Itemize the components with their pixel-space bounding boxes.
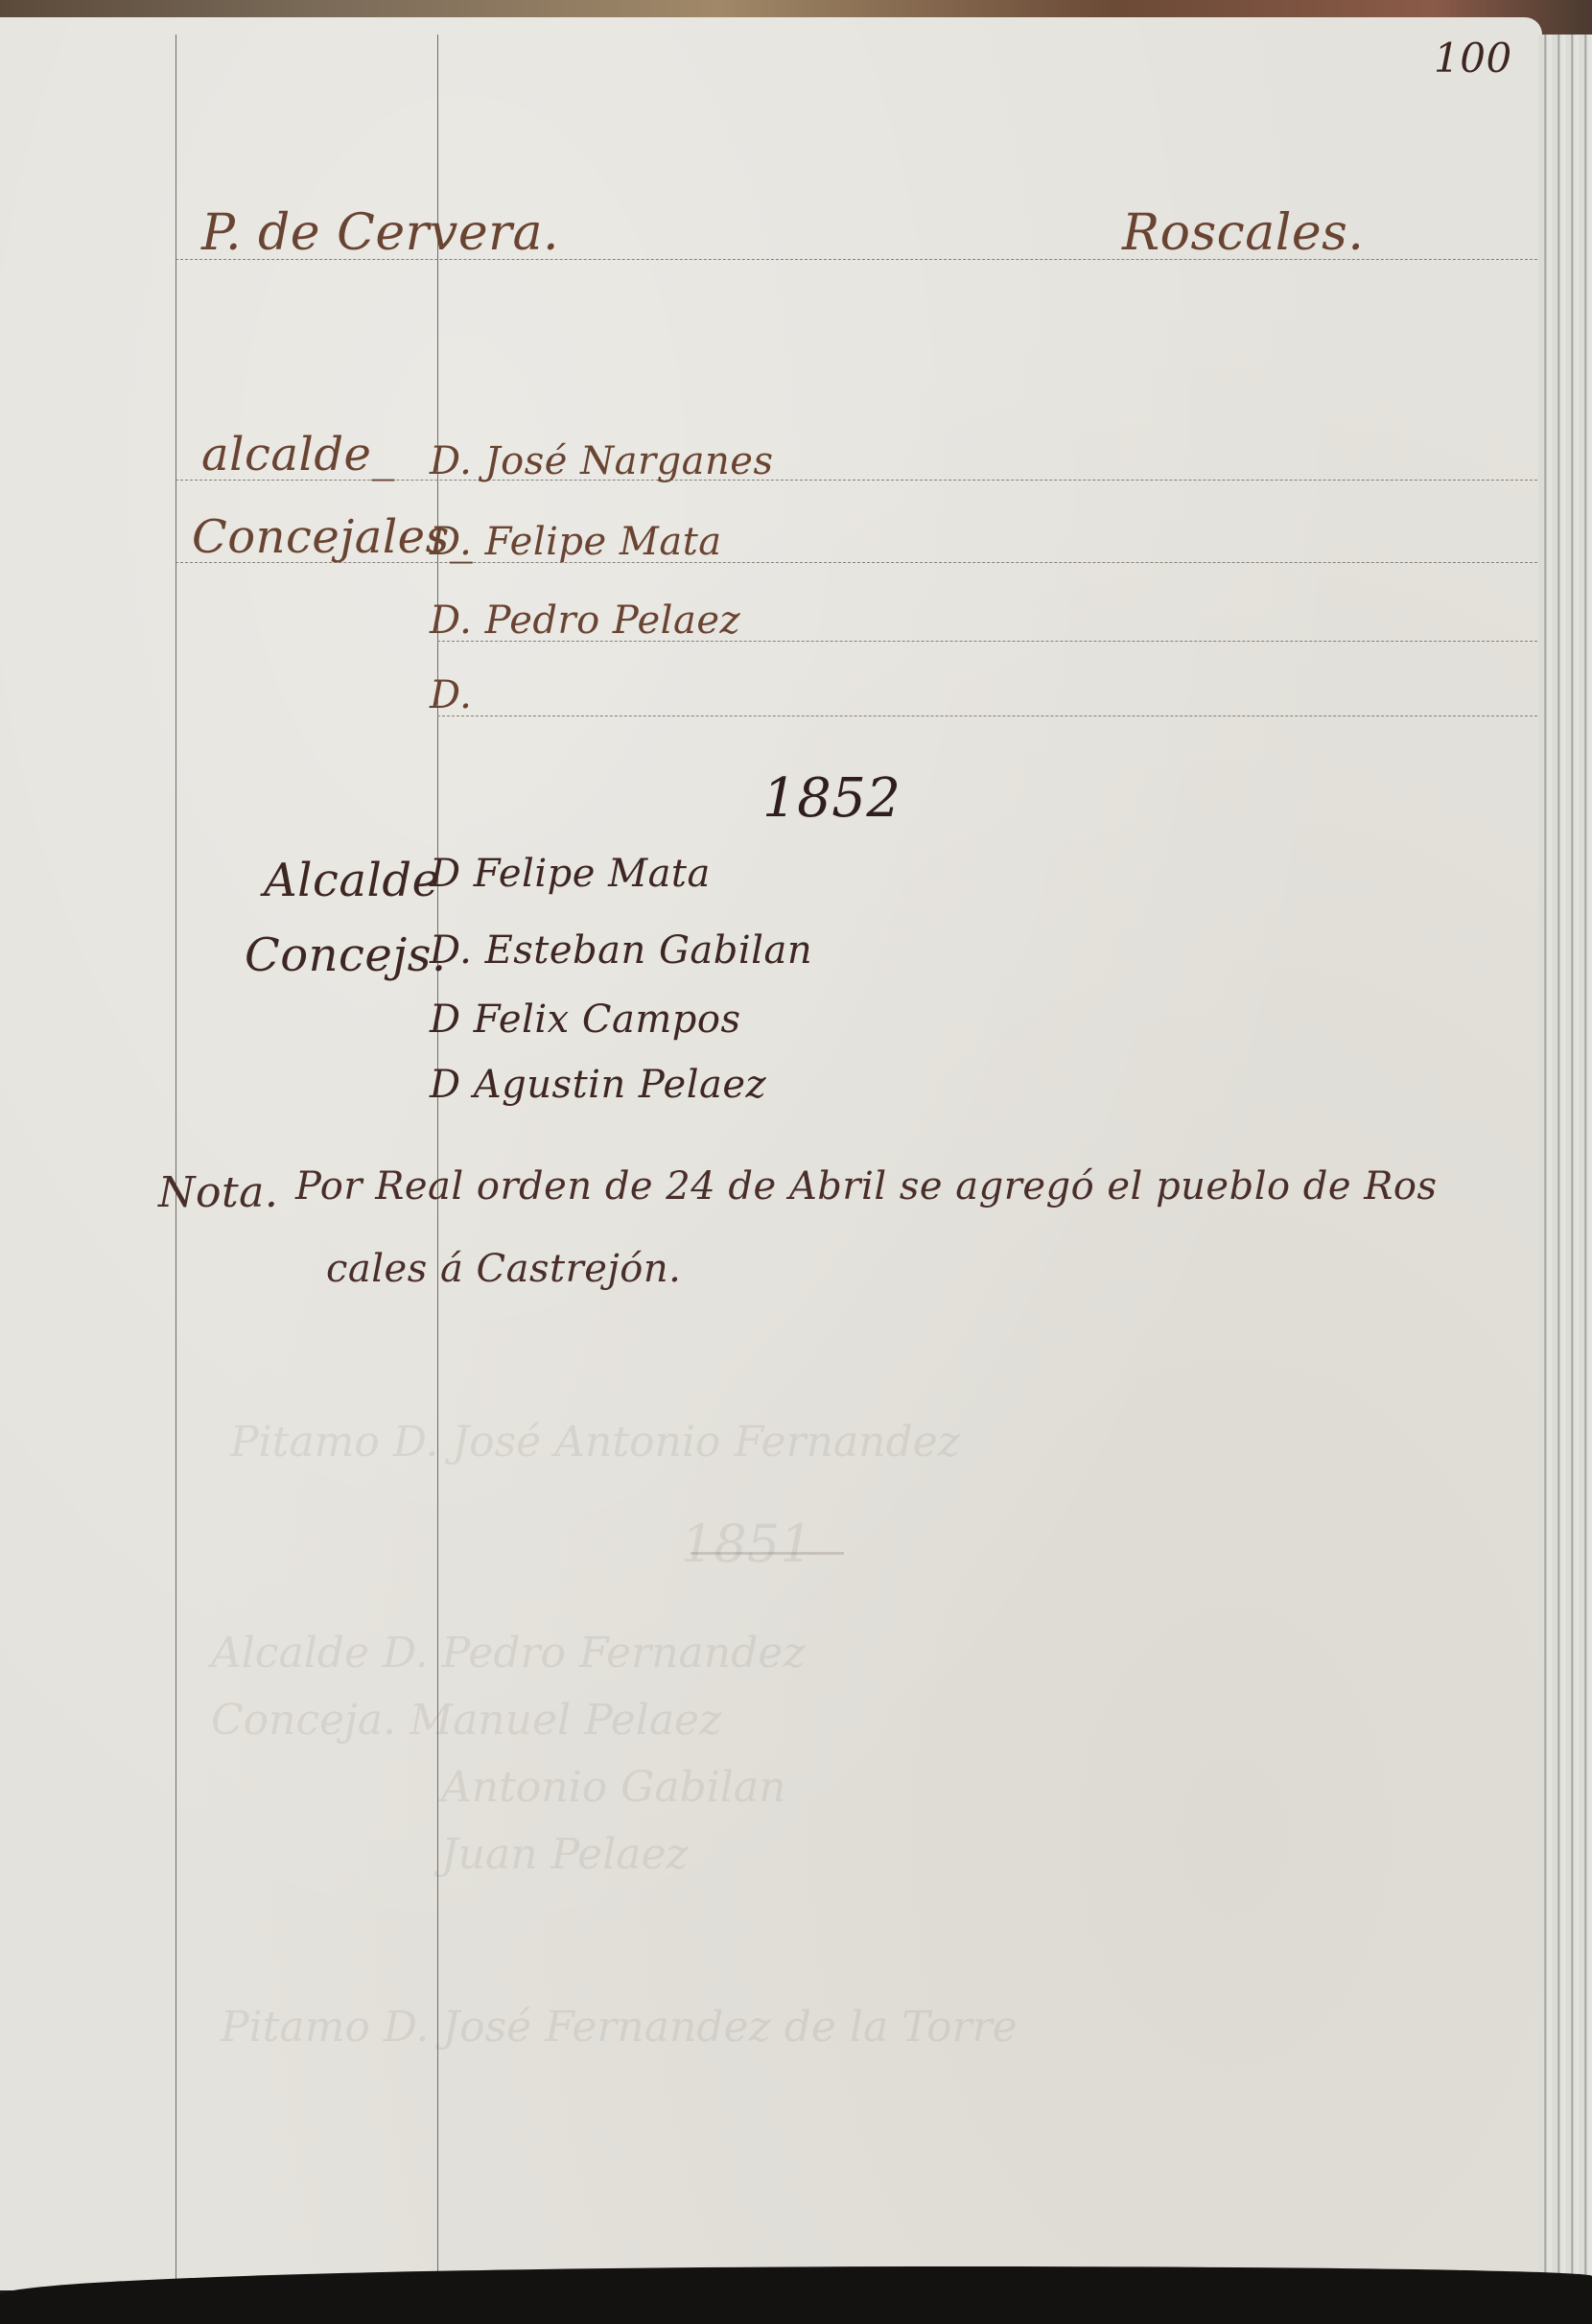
official-name: José Narganes <box>485 439 774 483</box>
header-town: Roscales. <box>1122 204 1364 262</box>
official-prefix: D. <box>430 673 472 717</box>
header-partido: P. de Cervera. <box>201 204 559 262</box>
year-heading: 1852 <box>762 767 901 830</box>
margin-rule-left <box>176 35 176 2298</box>
official-row: D. José Narganes <box>430 439 774 483</box>
official-row: D Felipe Mata <box>430 852 711 896</box>
bleed-through-text: Juan Pelaez <box>441 1830 689 1879</box>
bleed-through-text: Pitamo D. José Antonio Fernandez <box>230 1418 960 1467</box>
official-row: D. <box>430 673 472 717</box>
note-label: Nota. <box>158 1168 278 1217</box>
official-name: Agustin Pelaez <box>474 1063 766 1107</box>
bleed-through-text: Pitamo D. José Fernandez de la Torre <box>221 2003 1018 2052</box>
official-prefix: D <box>430 852 461 896</box>
bleed-through-text: Antonio Gabilan <box>441 1763 785 1812</box>
page-edges-stack <box>1538 35 1592 2279</box>
alcalde-label: alcalde_ <box>201 428 395 481</box>
official-prefix: D <box>430 1063 461 1107</box>
official-row: D. Esteban Gabilan <box>430 928 812 973</box>
folio-number: 100 <box>1434 35 1512 82</box>
alcalde-1852-label: Alcalde <box>264 854 440 907</box>
official-name: Esteban Gabilan <box>485 928 813 973</box>
official-name: Felipe Mata <box>485 520 722 564</box>
note-line-1: Por Real orden de 24 de Abril se agregó … <box>295 1164 1438 1209</box>
official-prefix: D. <box>430 439 472 483</box>
official-name: Pedro Pelaez <box>485 599 741 643</box>
official-row: D Agustin Pelaez <box>430 1063 766 1107</box>
official-row: D. Felipe Mata <box>430 520 722 564</box>
bleed-through-text: Alcalde D. Pedro Fernandez <box>211 1629 806 1678</box>
official-row: D Felix Campos <box>430 998 741 1042</box>
official-name: Felipe Mata <box>474 852 711 896</box>
official-prefix: D. <box>430 599 472 643</box>
official-name: Felix Campos <box>474 998 741 1042</box>
note-line-2: cales á Castrejón. <box>326 1247 681 1291</box>
bleed-through-rule <box>691 1552 844 1555</box>
concejales-1852-label: Concejs. <box>245 928 447 982</box>
bleed-through-year: 1851 <box>681 1514 812 1574</box>
bleed-through-text: Conceja. Manuel Pelaez <box>211 1696 721 1745</box>
official-row: D. Pedro Pelaez <box>430 599 740 643</box>
ledger-page: 100 P. de Cervera. Roscales. alcalde_ Co… <box>0 17 1542 2290</box>
official-prefix: D <box>430 998 461 1042</box>
row-rule-4 <box>437 716 1537 716</box>
official-prefix: D. <box>430 928 472 973</box>
official-prefix: D. <box>430 520 472 564</box>
